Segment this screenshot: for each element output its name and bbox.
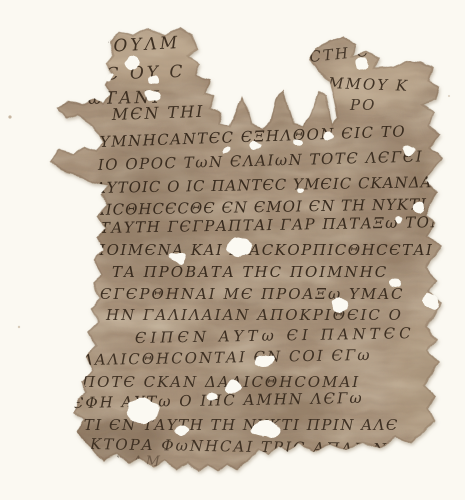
papyrus-text-line: ΜЄΝ ΤΗΙ bbox=[110, 102, 204, 124]
papyrus-hole bbox=[389, 278, 401, 288]
papyrus-hole bbox=[413, 201, 427, 213]
background-speck bbox=[18, 326, 20, 328]
papyrus-hole bbox=[221, 148, 229, 154]
background-speck bbox=[8, 115, 11, 118]
papyrus-hole bbox=[423, 291, 437, 309]
papyrus-text-line: ΠΟΤЄ ϹΚΑΝ ΔΑΛΙϹΘΗϹΟΜΑΙ bbox=[81, 373, 360, 391]
papyrus-text-line: ΜΜΟΥ Κ bbox=[327, 74, 409, 95]
papyrus-hole bbox=[256, 354, 274, 366]
papyrus-hole bbox=[170, 251, 186, 263]
papyrus-text-line: ΙΟΥΛΜ bbox=[102, 33, 181, 57]
papyrus-text-line: ЄΓЄΡΘΗΝΑΙ ΜЄ ΠΡΟΑΞω ΥΜΑϹ bbox=[100, 285, 405, 303]
papyrus-hole bbox=[296, 187, 304, 193]
papyrus-hole bbox=[403, 148, 413, 156]
papyrus-hole bbox=[394, 217, 402, 223]
papyrus-hole bbox=[174, 425, 190, 437]
background-speck bbox=[448, 95, 450, 97]
papyrus-hole bbox=[106, 74, 114, 81]
papyrus-text-line: ΡΟ bbox=[349, 96, 376, 114]
papyrus-hole bbox=[224, 383, 242, 395]
papyrus-photo: ΙΟΥΛΜ ΙϹ ΟΥ Ϲ ωΤΑΝΙ ϹΤΗ Ϲ ΜΜΟΥ Κ ΡΟ ΜЄΝ … bbox=[0, 0, 465, 500]
papyrus-text-line: ΗΝ ΓΑΛΙΛΑΙΑΝ ΑΠΟΚΡΙΘЄΙϹ Ο bbox=[105, 306, 403, 324]
papyrus-text-line: ΠΟΙΜЄΝΑ ΚΑΙ ΔΙΑϹΚΟΡΠΙϹΘΗϹЄΤΑΙ bbox=[91, 241, 433, 259]
papyrus-hole bbox=[206, 392, 218, 400]
papyrus-hole bbox=[354, 58, 370, 70]
papyrus-text-line: ΟΤΙ ЄΝ ΤΑΥΤΗ ΤΗ ΝΥΚΤΙ ΠΡΙΝ ΑΛЄ bbox=[70, 416, 399, 434]
papyrus-hole bbox=[325, 133, 335, 141]
papyrus-fragment-image: ΙΟΥΛΜ ΙϹ ΟΥ Ϲ ωΤΑΝΙ ϹΤΗ Ϲ ΜΜΟΥ Κ ΡΟ ΜЄΝ … bbox=[0, 0, 465, 500]
papyrus-hole bbox=[251, 422, 281, 438]
papyrus-hole bbox=[250, 142, 260, 150]
papyrus-text-line: ΤΑ ΠΡΟΒΑΤΑ ΤΗϹ ΠΟΙΜΝΗϹ bbox=[112, 263, 388, 281]
